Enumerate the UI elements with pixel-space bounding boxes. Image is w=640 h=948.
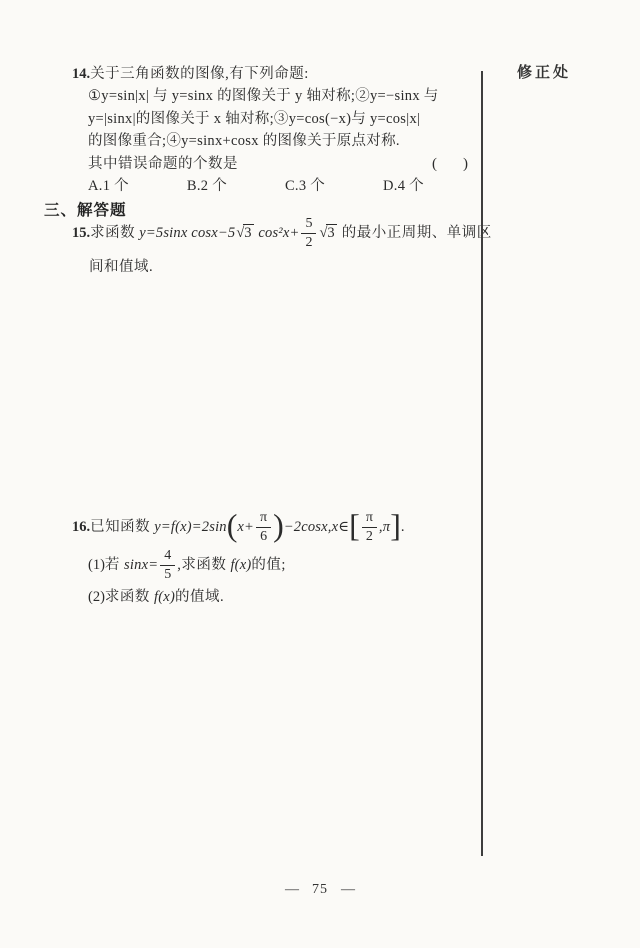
fraction-numerator: 4 [160, 548, 175, 565]
question-16-math-2: x+ [237, 519, 254, 535]
question-16-lead: 已知函数 [90, 519, 154, 535]
question-15-math-2: cos²x+ [255, 225, 300, 241]
question-14-answer-row: 其中错误命题的个数是 () [72, 153, 470, 175]
fraction-numerator: π [256, 510, 271, 527]
question-15-lead: 求函数 [90, 225, 139, 241]
question-16-math-3: −2cosx,x∈ [284, 519, 349, 535]
radicand: 3 [243, 224, 253, 242]
fraction-denominator: 6 [256, 527, 271, 545]
question-15-line-1: 15.求函数 y=5sinx cosx−5√3 cos²x+52√3 的最小正周… [72, 211, 492, 255]
question-14-number: 14. [72, 66, 90, 82]
part-2-number: (2) [88, 589, 105, 605]
question-14-stem: 其中错误命题的个数是 [88, 153, 238, 175]
option-d: D.4 个 [383, 175, 424, 197]
correction-area-label: 修正处 [517, 61, 571, 82]
close-bracket-large: ] [390, 511, 401, 540]
part-2-text-2: 的值域. [175, 589, 224, 605]
question-16-math-1: y=f(x)=2sin [154, 519, 227, 535]
option-b: B.2 个 [187, 175, 227, 197]
question-16-math-4: ,π [379, 519, 390, 535]
fraction-numerator: 5 [301, 216, 316, 233]
part-2-math-1: f(x) [154, 589, 175, 605]
question-16-period: . [401, 519, 405, 535]
footer-dash-left: — [285, 882, 299, 897]
fraction-denominator: 5 [160, 565, 175, 583]
question-15-number: 15. [72, 225, 90, 241]
open-paren-large: ( [227, 511, 238, 540]
part-1-number: (1) [88, 557, 105, 573]
part-1-math-1: sinx= [124, 557, 158, 573]
sqrt-radical-2: √3 [319, 211, 336, 255]
fraction-five-halves: 52 [301, 216, 316, 251]
margin-divider-line [481, 71, 483, 856]
radicand: 3 [326, 224, 336, 242]
answer-paren-open: ( [432, 156, 437, 172]
part-1-math-2: f(x) [230, 557, 251, 573]
fraction-pi-sixths: π6 [256, 510, 271, 545]
question-16-number: 16. [72, 519, 90, 535]
open-bracket-large: [ [349, 511, 360, 540]
fraction-denominator: 2 [362, 527, 377, 545]
part-2-text-1: 求函数 [105, 589, 154, 605]
option-a: A.1 个 [88, 175, 129, 197]
question-16-part-2: (2)求函数 f(x)的值域. [88, 585, 224, 609]
question-14-title: 关于三角函数的图像,有下列命题: [90, 66, 309, 82]
sqrt-radical-1: √3 [236, 211, 253, 255]
footer-dash-right: — [341, 882, 355, 897]
question-14-proposition-line-3: 的图像重合;④y=sinx+cosx 的图像关于原点对称. [72, 130, 470, 152]
question-14-proposition-line-2: y=|sinx|的图像关于 x 轴对称;③y=cos(−x)与 y=cos|x| [72, 108, 470, 130]
fraction-numerator: π [362, 510, 377, 527]
fraction-denominator: 2 [301, 233, 316, 251]
close-paren-large: ) [273, 511, 284, 540]
option-c: C.3 个 [285, 175, 325, 197]
workbook-page: 14.关于三角函数的图像,有下列命题: ①y=sin|x| 与 y=sinx 的… [0, 0, 640, 948]
question-14: 14.关于三角函数的图像,有下列命题: ①y=sin|x| 与 y=sinx 的… [72, 63, 470, 197]
part-1-text-3: 的值; [251, 557, 286, 573]
question-15-tail: 的最小正周期、单调区 [338, 225, 492, 241]
question-14-proposition-line-1: ①y=sin|x| 与 y=sinx 的图像关于 y 轴对称;②y=−sinx … [72, 85, 470, 107]
part-1-text-2: ,求函数 [177, 557, 230, 573]
fraction-pi-halves: π2 [362, 510, 377, 545]
answer-blank-parentheses: () [432, 153, 468, 175]
question-15-line-2: 间和值域. [89, 256, 153, 278]
question-14-options: A.1 个 B.2 个 C.3 个 D.4 个 [72, 175, 470, 197]
page-number: 75 [312, 882, 328, 898]
page-footer: —75— [0, 882, 640, 898]
question-16-part-1: (1)若 sinx=45,求函数 f(x)的值; [88, 545, 286, 585]
question-15-math-1: y=5sinx cosx−5 [139, 225, 235, 241]
question-16-line-1: 16.已知函数 y=f(x)=2sin(x+π6)−2cosx,x∈[π2,π]… [72, 503, 404, 551]
fraction-four-fifths: 45 [160, 548, 175, 583]
answer-paren-close: ) [463, 156, 468, 172]
part-1-text-1: 若 [105, 557, 124, 573]
question-14-title-line: 14.关于三角函数的图像,有下列命题: [72, 63, 470, 85]
